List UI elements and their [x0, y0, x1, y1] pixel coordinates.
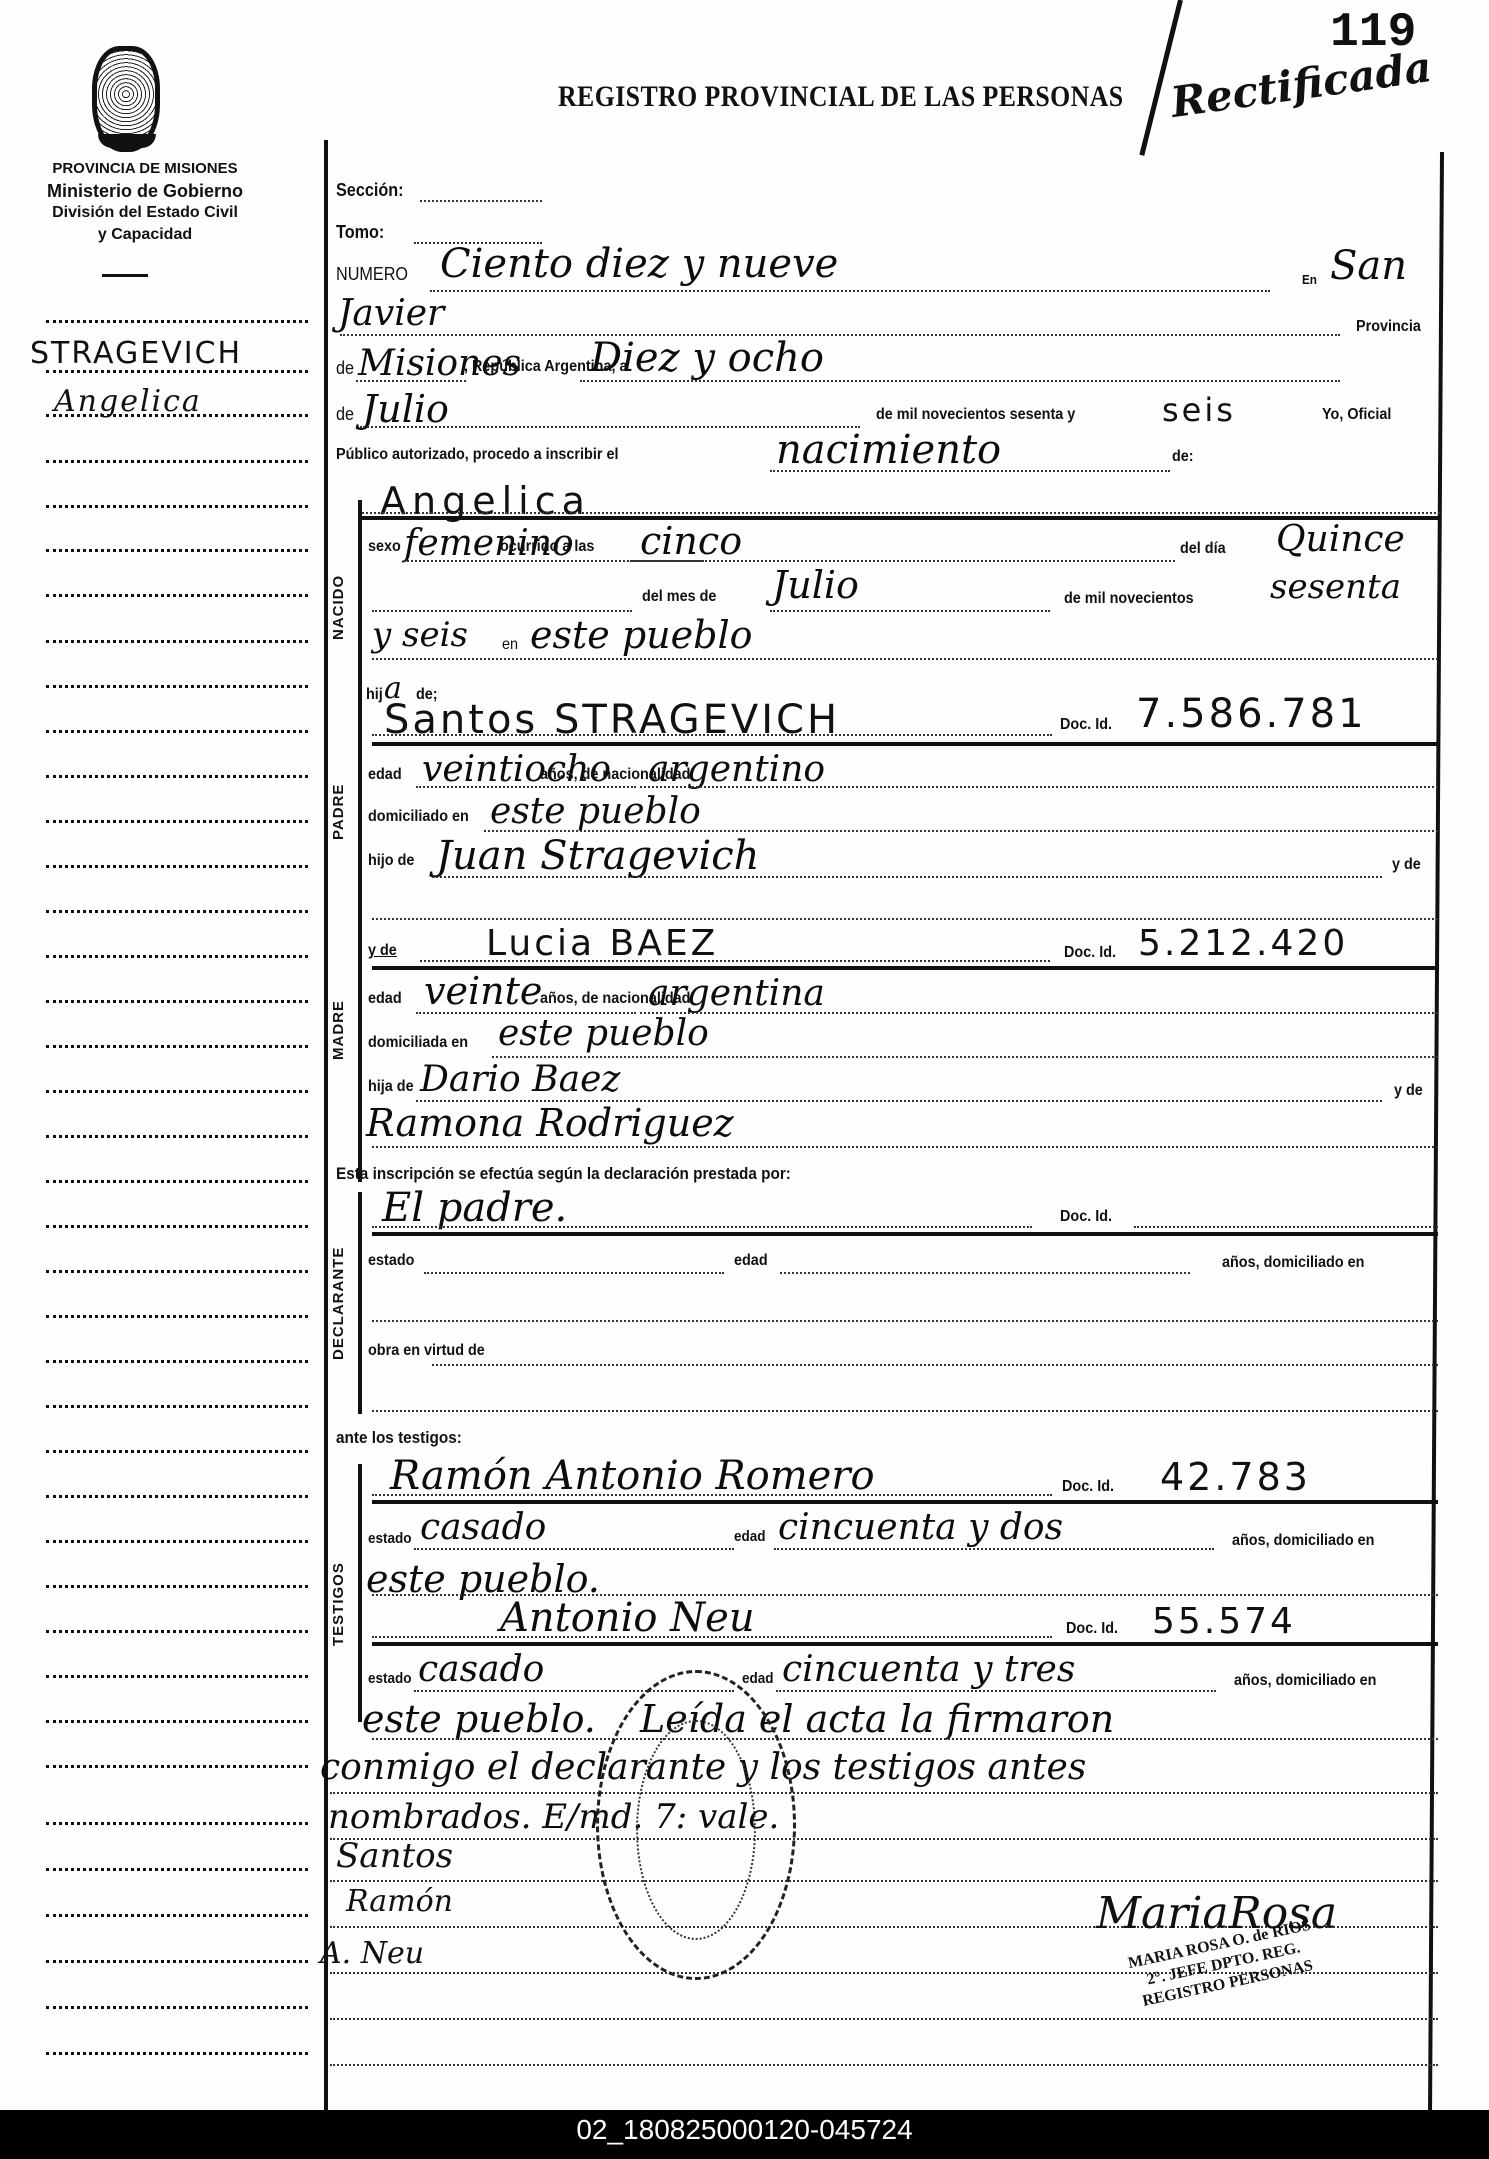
day-value: Diez y ocho — [590, 338, 824, 378]
org-division: División del Estado Civil — [30, 202, 260, 224]
margin-line — [46, 1822, 308, 1825]
month-value: Julio — [362, 390, 449, 428]
margin-line — [46, 1360, 308, 1363]
hora-field — [630, 560, 1175, 562]
image-id-text: 02_180825000120-045724 — [0, 2114, 1489, 2146]
madre-hija-de-value: Dario Baez — [420, 1062, 620, 1098]
margin-line — [46, 1000, 308, 1003]
margin-line — [46, 370, 308, 373]
padre-dom-field — [484, 830, 1438, 832]
testigo-2-doc-label: Doc. Id. — [1066, 1620, 1118, 1638]
declarante-estado-label: estado — [368, 1252, 414, 1270]
margin-line — [46, 1765, 308, 1768]
numero-field — [430, 290, 1270, 292]
right-border — [1428, 152, 1444, 2110]
anio-label: de mil novecientos — [1064, 590, 1194, 608]
place-value-2: Javier — [338, 296, 444, 332]
testigo-1-doc-label: Doc. Id. — [1062, 1478, 1114, 1496]
madre-nac-value: argentina — [648, 976, 825, 1012]
madre-doc-label: Doc. Id. — [1064, 944, 1116, 962]
margin-line — [46, 2006, 308, 2009]
rectification-signature: Rectificada — [1168, 42, 1435, 127]
madre-y-de-label: y de — [368, 942, 397, 960]
nacido-section-label: NACIDO — [330, 575, 347, 640]
padre-y-de-label: y de — [1392, 856, 1421, 874]
document-title: REGISTRO PROVINCIAL DE LAS PERSONAS — [558, 80, 1124, 114]
mes-prefix-field — [372, 610, 632, 612]
margin-line — [46, 730, 308, 733]
margin-line — [46, 505, 308, 508]
tomo-label: Tomo: — [336, 222, 384, 243]
testigo-1-dom-label: años, domiciliado en — [1232, 1532, 1374, 1550]
madre-name-field — [420, 960, 1050, 962]
declarante-edad-field — [780, 1272, 1190, 1274]
signature-line — [330, 1880, 1438, 1882]
dia-label: del día — [1180, 540, 1226, 558]
signature-declarante: Santos — [336, 1836, 453, 1876]
madre-name: Lucia BAEZ — [486, 926, 718, 962]
testigo-1-name-field — [372, 1494, 1052, 1496]
mes-field — [770, 610, 1050, 612]
testigo-1-edad-value: cincuenta y dos — [778, 1510, 1063, 1546]
margin-line — [46, 1630, 308, 1633]
official-seal-inner — [636, 1720, 756, 1940]
padre-madre-field — [372, 918, 1438, 920]
org-province: PROVINCIA DE MISIONES — [30, 158, 260, 180]
padre-dom-value: este pueblo — [490, 794, 701, 830]
margin-line — [46, 2052, 308, 2055]
nacido-bracket — [358, 500, 362, 718]
padre-name-field — [372, 734, 1052, 736]
provincia-label: Provincia — [1356, 318, 1421, 336]
testigos-section-label: TESTIGOS — [330, 1562, 347, 1646]
testigo-2-edad-label: edad — [742, 1670, 774, 1687]
margin-line — [46, 1675, 308, 1678]
padre-edad-label: edad — [368, 766, 402, 784]
testigo-1-doc-value: 42.783 — [1160, 1458, 1311, 1496]
numero-label: NUMERO — [336, 264, 408, 285]
mes-value: Julio — [772, 566, 859, 604]
margin-line — [46, 1720, 308, 1723]
signature-witness-2: A. Neu — [320, 1936, 424, 1971]
margin-line — [46, 640, 308, 643]
declarante-obra-label: obra en virtud de — [368, 1342, 485, 1360]
registrant-name: Angelica — [380, 482, 591, 520]
declarante-extra-field — [372, 1410, 1438, 1412]
margin-line — [46, 1450, 308, 1453]
declarante-dom-label: años, domiciliado en — [1222, 1254, 1364, 1272]
declarante-doc-field — [1134, 1226, 1438, 1228]
madre-dom-label: domiciliada en — [368, 1034, 468, 1052]
margin-line — [46, 910, 308, 913]
testigo-2-dom-label: años, domiciliado en — [1234, 1672, 1376, 1690]
margin-line — [46, 1045, 308, 1048]
sexo-label: sexo — [368, 538, 401, 556]
margin-line — [46, 865, 308, 868]
year-label: de mil novecientos sesenta y — [876, 406, 1075, 424]
madre-y-de-label-2: y de — [1394, 1082, 1423, 1100]
padre-doc-label: Doc. Id. — [1060, 716, 1112, 734]
padre-hijo-de-value: Juan Stragevich — [436, 836, 759, 876]
padre-nac-value: argentino — [648, 752, 825, 788]
act-field — [770, 470, 1170, 472]
testigo-1-estado-field — [414, 1548, 734, 1550]
testigo-1-estado-label: estado — [368, 1530, 412, 1547]
margin-line — [46, 320, 308, 323]
oficial-label: Yo, Oficial — [1322, 406, 1391, 424]
margin-line — [46, 460, 308, 463]
madre-edad-value: veinte — [424, 972, 542, 1010]
hijo-label: hij — [366, 686, 383, 704]
place-field — [340, 334, 1340, 336]
declarante-section-label: DECLARANTE — [330, 1247, 347, 1360]
padre-hijo-de-label: hijo de — [368, 852, 414, 870]
de-label: de — [336, 358, 354, 379]
crest-banner — [98, 134, 156, 148]
dia-value: Quince — [1276, 522, 1405, 558]
issuing-organization: PROVINCIA DE MISIONES Ministerio de Gobi… — [30, 158, 260, 246]
madre-hija-de-label: hija de — [368, 1078, 414, 1096]
margin-line — [46, 1585, 308, 1588]
testigo-1-estado-value: casado — [420, 1510, 546, 1546]
testigo-1-edad-field — [774, 1548, 1214, 1550]
margin-line — [46, 1868, 308, 1871]
lugar-field — [372, 658, 1438, 660]
madre-edad-label: edad — [368, 990, 402, 1008]
declarante-obra-field — [432, 1364, 1438, 1366]
declarante-doc-label: Doc. Id. — [1060, 1208, 1112, 1226]
margin-line — [46, 1960, 308, 1963]
testigo-2-edad-value: cincuenta y tres — [782, 1652, 1075, 1688]
declarante-edad-label: edad — [734, 1252, 768, 1270]
padre-nac-field — [640, 786, 1438, 788]
org-divider — [102, 274, 148, 277]
testigo-2-dom-value: este pueblo. — [362, 1700, 596, 1738]
margin-surname: STRAGEVICH — [30, 336, 242, 371]
margin-line — [46, 1270, 308, 1273]
madre-doc-value: 5.212.420 — [1138, 926, 1348, 962]
declarante-bracket — [358, 1192, 362, 1414]
padre-section-label: PADRE — [330, 784, 347, 840]
declarante-name-field — [372, 1226, 1032, 1228]
declarante-name: El padre. — [382, 1188, 567, 1228]
padre-doc-value: 7.586.781 — [1136, 694, 1367, 734]
org-ministry: Ministerio de Gobierno — [30, 180, 260, 202]
margin-line — [46, 955, 308, 958]
declarante-name-underline — [372, 1232, 1438, 1236]
place-value-1: San — [1330, 246, 1407, 286]
margin-line — [46, 1540, 308, 1543]
signature-line — [330, 2018, 1438, 2020]
madre-dom-field — [492, 1056, 1438, 1058]
testigos-bracket — [358, 1464, 362, 1722]
province-field — [356, 380, 466, 382]
testigo-2-name: Antonio Neu — [500, 1598, 755, 1638]
declarante-dom-field — [372, 1320, 1438, 1322]
seccion-label: Sección: — [336, 180, 404, 201]
act-value: nacimiento — [776, 430, 1001, 470]
mes-label: del mes de — [642, 588, 716, 606]
hora-label: ocurrido a las — [500, 538, 594, 556]
margin-line — [46, 685, 308, 688]
numero-value: Ciento diez y nueve — [440, 244, 838, 284]
hora-value: cinco — [640, 522, 742, 560]
publico-label: Público autorizado, procedo a inscribir … — [336, 446, 618, 464]
padre-bracket — [358, 718, 362, 938]
en-label: En — [1302, 272, 1317, 287]
margin-line — [46, 1315, 308, 1318]
margin-line — [46, 775, 308, 778]
margin-line — [46, 414, 308, 417]
margin-line — [46, 1090, 308, 1093]
declarante-estado-field — [424, 1272, 724, 1274]
birth-certificate-page: PROVINCIA DE MISIONES Ministerio de Gobi… — [0, 0, 1489, 2110]
testigo-2-underline — [372, 1642, 1438, 1646]
margin-line — [46, 1405, 308, 1408]
act-de-label: de: — [1172, 448, 1194, 466]
lugar-value: este pueblo — [530, 616, 752, 654]
testigo-2-estado-value: casado — [418, 1652, 544, 1688]
testigo-2-estado-label: estado — [368, 1670, 412, 1687]
testigo-1-underline — [372, 1500, 1438, 1504]
padre-dom-label: domiciliado en — [368, 808, 469, 826]
year-value: seis — [1162, 394, 1236, 426]
seccion-field — [420, 200, 542, 202]
madre-dom-value: este pueblo — [498, 1016, 709, 1052]
declaracion-intro: Esta inscripción se efectúa según la dec… — [336, 1164, 791, 1184]
margin-line — [46, 549, 308, 552]
madre-madre-value: Ramona Rodriguez — [366, 1104, 734, 1142]
margin-line — [46, 594, 308, 597]
madre-bracket — [358, 936, 362, 1182]
padre-name-underline — [372, 742, 1438, 746]
madre-madre-field — [372, 1146, 1438, 1148]
de-label-2: de — [336, 404, 354, 425]
signature-witness-1: Ramón — [346, 1884, 453, 1919]
margin-line — [46, 1225, 308, 1228]
madre-section-label: MADRE — [330, 1000, 347, 1060]
testigo-1-name: Ramón Antonio Romero — [390, 1456, 875, 1496]
day-field — [580, 380, 1340, 382]
lugar-en-label: en — [502, 636, 518, 654]
padre-edad-field — [416, 786, 636, 788]
name-field — [362, 512, 1440, 514]
margin-line — [46, 1495, 308, 1498]
margin-line — [46, 1914, 308, 1917]
org-capacity: y Capacidad — [30, 224, 260, 246]
anio-value-2: y seis — [372, 618, 468, 652]
testigos-intro: ante los testigos: — [336, 1428, 462, 1448]
signature-line — [330, 2064, 1438, 2066]
madre-nac-field — [640, 1012, 1438, 1014]
closing-line-3-field — [330, 1838, 1438, 1840]
testigo-2-doc-value: 55.574 — [1152, 1604, 1296, 1640]
testigo-2-edad-field — [776, 1690, 1216, 1692]
margin-line — [46, 820, 308, 823]
padre-hijo-de-field — [432, 876, 1382, 878]
testigo-2-name-field — [372, 1636, 1052, 1638]
closing-line-1-field — [372, 1738, 1438, 1740]
margin-line — [46, 1135, 308, 1138]
testigo-1-dom-value: este pueblo. — [366, 1560, 600, 1598]
margin-line — [46, 1180, 308, 1183]
testigo-1-edad-label: edad — [734, 1528, 766, 1545]
closing-line-2-field — [330, 1792, 1438, 1794]
anio-value-1: sesenta — [1270, 570, 1401, 604]
